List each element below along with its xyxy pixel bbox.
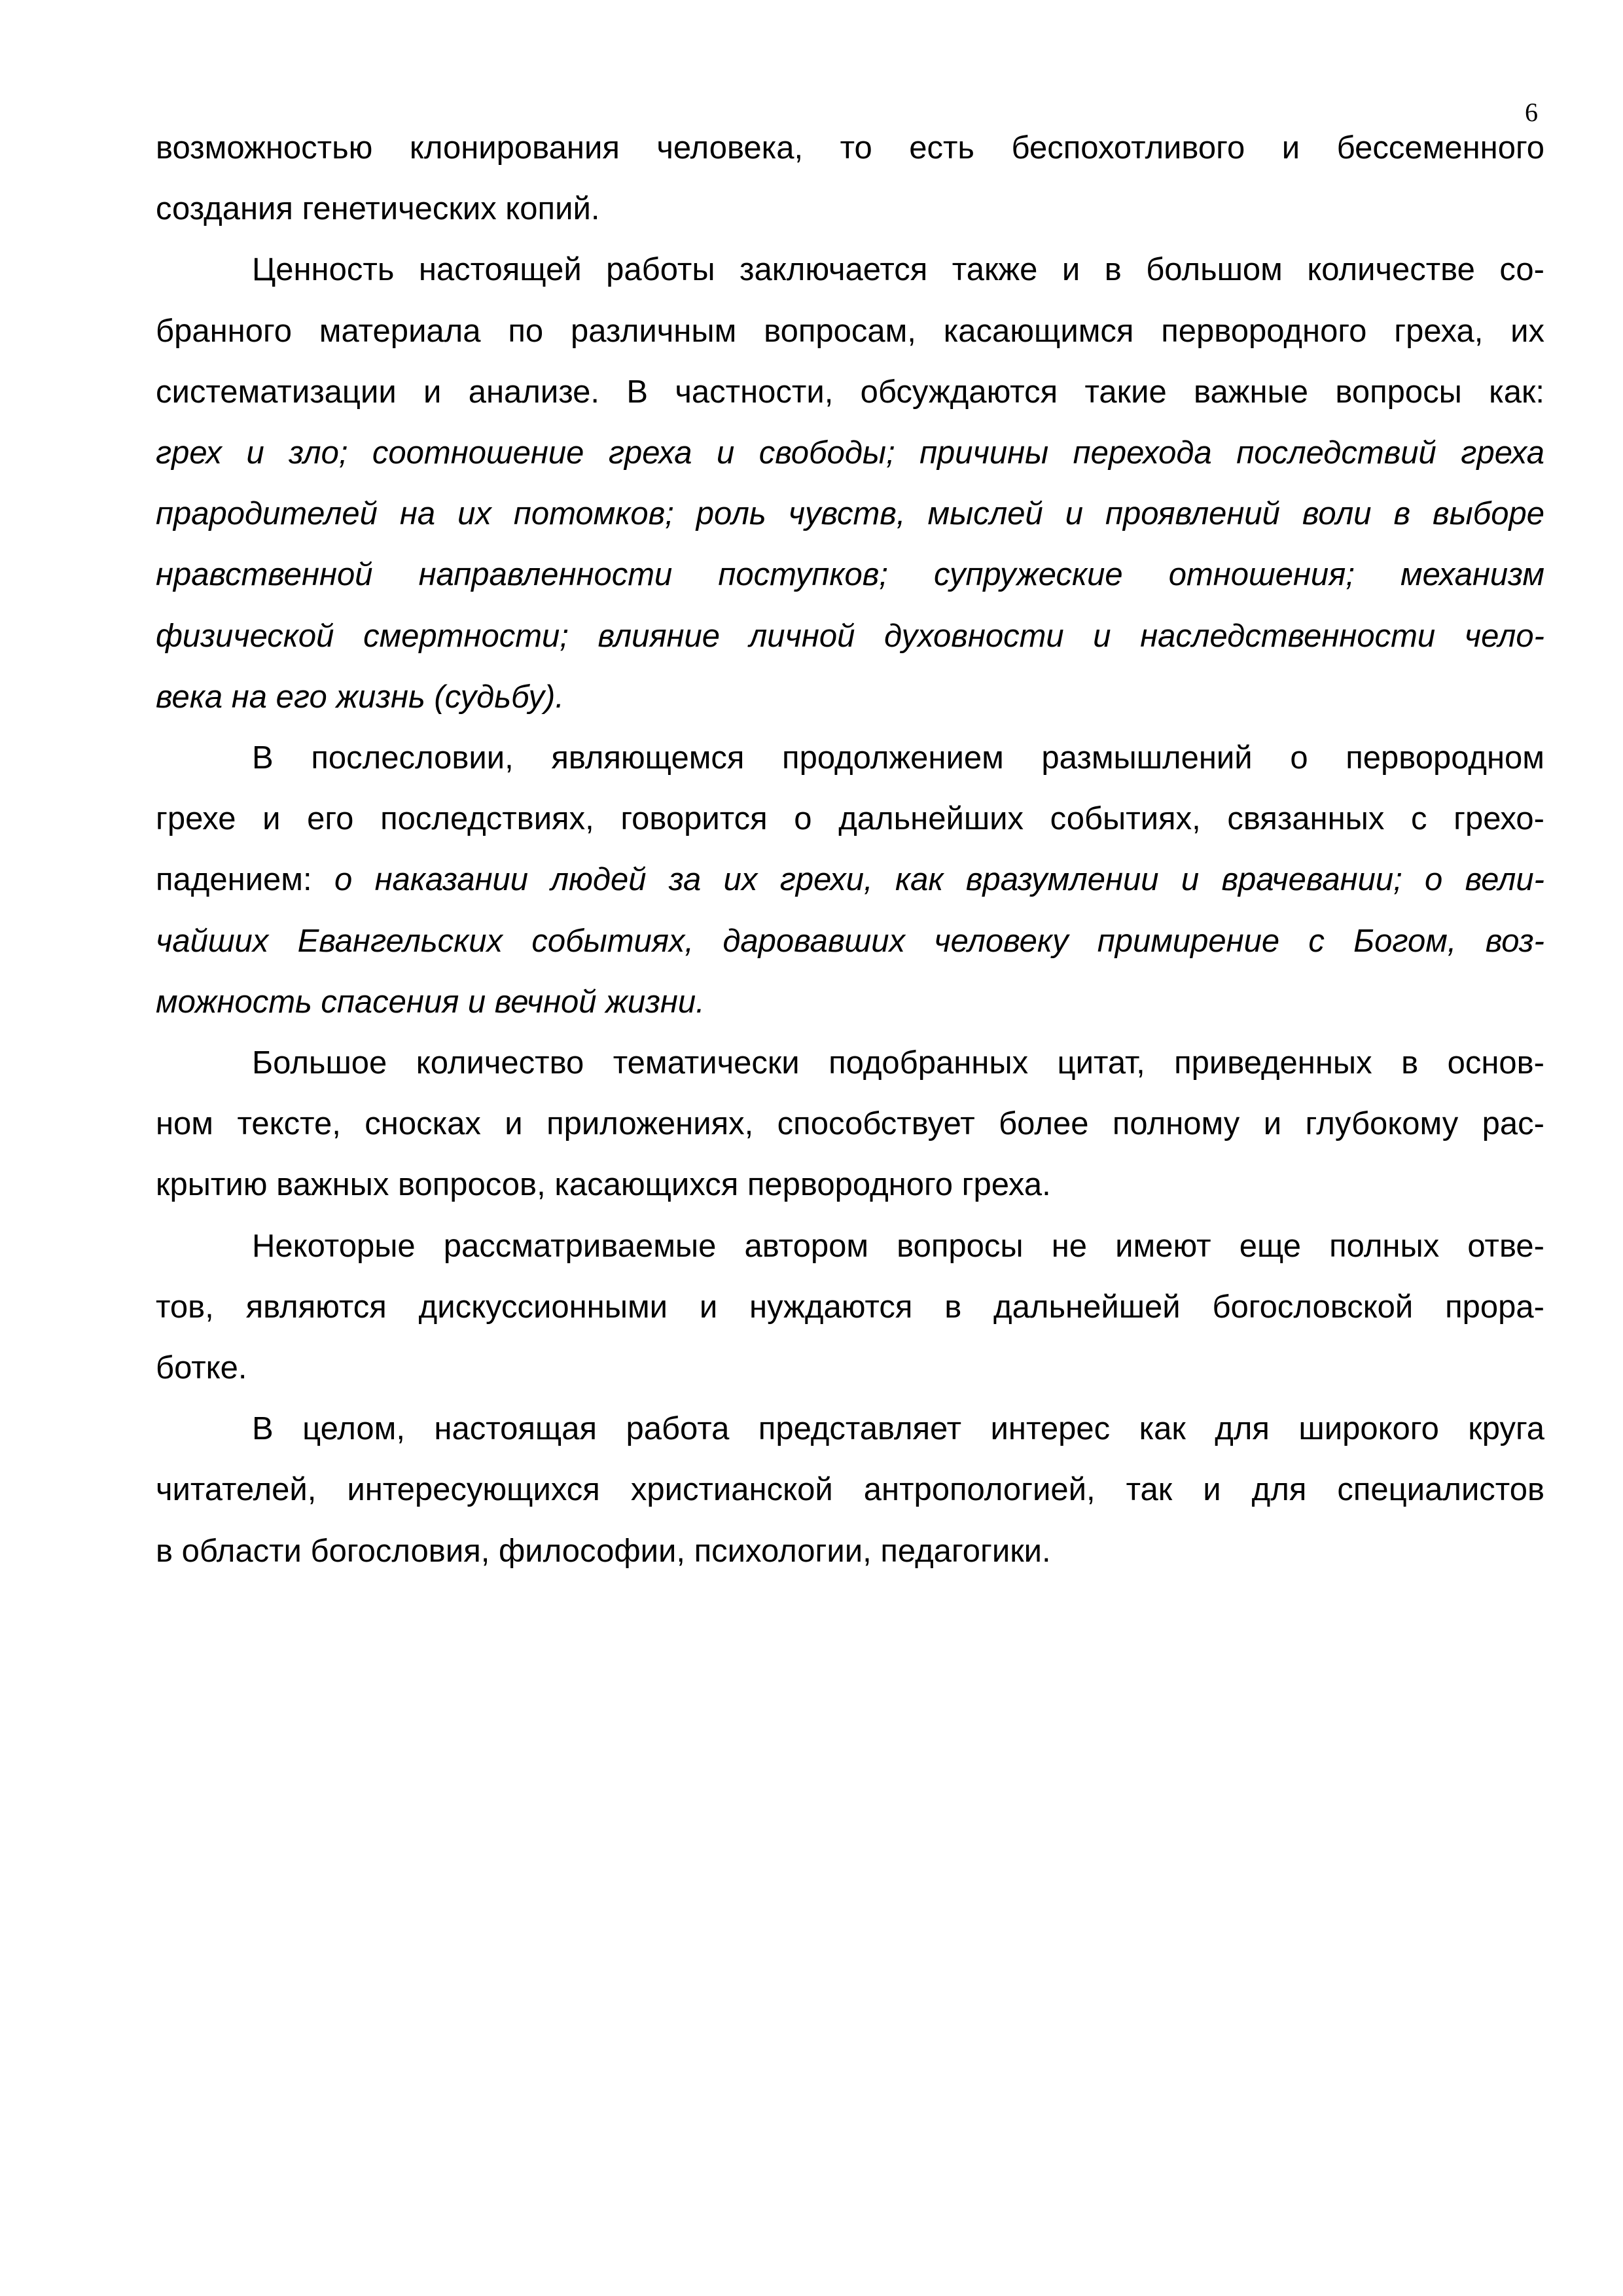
text-line: можность спасения и вечной жизни. — [156, 982, 1544, 1022]
text-line: Ценность настоящей работы заключается та… — [252, 250, 1544, 289]
text-line: в области богословия, философии, психоло… — [156, 1532, 1544, 1571]
text-line: физической смертности; влияние личной ду… — [156, 617, 1544, 656]
italic-text: о наказании людей за их грехи, как вразу… — [334, 862, 1544, 897]
text-line: ботке. — [156, 1348, 1544, 1388]
text-span: Ценность настоящей работы заключается та… — [252, 252, 1544, 287]
text-line: Большое количество тематически подобранн… — [252, 1043, 1544, 1083]
italic-text: грех и зло; соотношение греха и свободы;… — [156, 435, 1544, 471]
text-line: падением: о наказании людей за их грехи,… — [156, 860, 1544, 899]
italic-text: нравственной направленности поступков; с… — [156, 557, 1544, 592]
italic-text: чайших Евангельских событиях, даровавших… — [156, 924, 1544, 959]
text-line: создания генетических копий. — [156, 189, 1544, 228]
text-span: систематизации и анализе. В частности, о… — [156, 374, 1544, 410]
text-span: читателей, интересующихся христианской а… — [156, 1472, 1544, 1507]
text-span: Большое количество тематически подобранн… — [252, 1045, 1544, 1081]
text-line: В послесловии, являющемся продолжением р… — [252, 738, 1544, 778]
text-span: В целом, настоящая работа представляет и… — [252, 1411, 1544, 1446]
text-span: тов, являются дискуссионными и нуждаются… — [156, 1289, 1544, 1325]
text-line: чайших Евангельских событиях, даровавших… — [156, 922, 1544, 961]
text-span: крытию важных вопросов, касающихся перво… — [156, 1167, 1051, 1202]
text-line: нравственной направленности поступков; с… — [156, 555, 1544, 594]
text-span: создания генетических копий. — [156, 191, 599, 226]
text-span: в области богословия, философии, психоло… — [156, 1534, 1051, 1569]
document-page: 6 возможностью клонирования человека, то… — [0, 0, 1623, 2296]
text-line: крытию важных вопросов, касающихся перво… — [156, 1165, 1544, 1204]
page-number: 6 — [1525, 97, 1538, 128]
text-line: прародителей на их потомков; роль чувств… — [156, 494, 1544, 533]
text-line: читателей, интересующихся христианской а… — [156, 1470, 1544, 1509]
text-line: грех и зло; соотношение греха и свободы;… — [156, 433, 1544, 473]
italic-text: физической смертности; влияние личной ду… — [156, 619, 1544, 654]
text-line: возможностью клонирования человека, то е… — [156, 128, 1544, 168]
text-span: ном тексте, сносках и приложениях, спосо… — [156, 1106, 1544, 1141]
text-line: бранного материала по различным вопросам… — [156, 312, 1544, 351]
text-line: века на его жизнь (судьбу). — [156, 677, 1544, 717]
text-span: В послесловии, являющемся продолжением р… — [252, 740, 1544, 776]
text-line: В целом, настоящая работа представляет и… — [252, 1409, 1544, 1448]
text-span: Некоторые рассматриваемые автором вопрос… — [252, 1229, 1544, 1264]
text-line: грехе и его последствиях, говорится о да… — [156, 799, 1544, 838]
italic-text: можность спасения и вечной жизни. — [156, 984, 705, 1020]
italic-text: прародителей на их потомков; роль чувств… — [156, 496, 1544, 531]
text-line: тов, являются дискуссионными и нуждаются… — [156, 1287, 1544, 1327]
text-span: падением: — [156, 862, 334, 897]
text-span: возможностью клонирования человека, то е… — [156, 130, 1544, 166]
text-span: ботке. — [156, 1350, 247, 1386]
italic-text: века на его жизнь (судьбу). — [156, 679, 564, 715]
text-line: Некоторые рассматриваемые автором вопрос… — [252, 1227, 1544, 1266]
text-line: систематизации и анализе. В частности, о… — [156, 372, 1544, 412]
text-line: ном тексте, сносках и приложениях, спосо… — [156, 1104, 1544, 1143]
text-span: бранного материала по различным вопросам… — [156, 314, 1544, 349]
text-span: грехе и его последствиях, говорится о да… — [156, 801, 1544, 836]
